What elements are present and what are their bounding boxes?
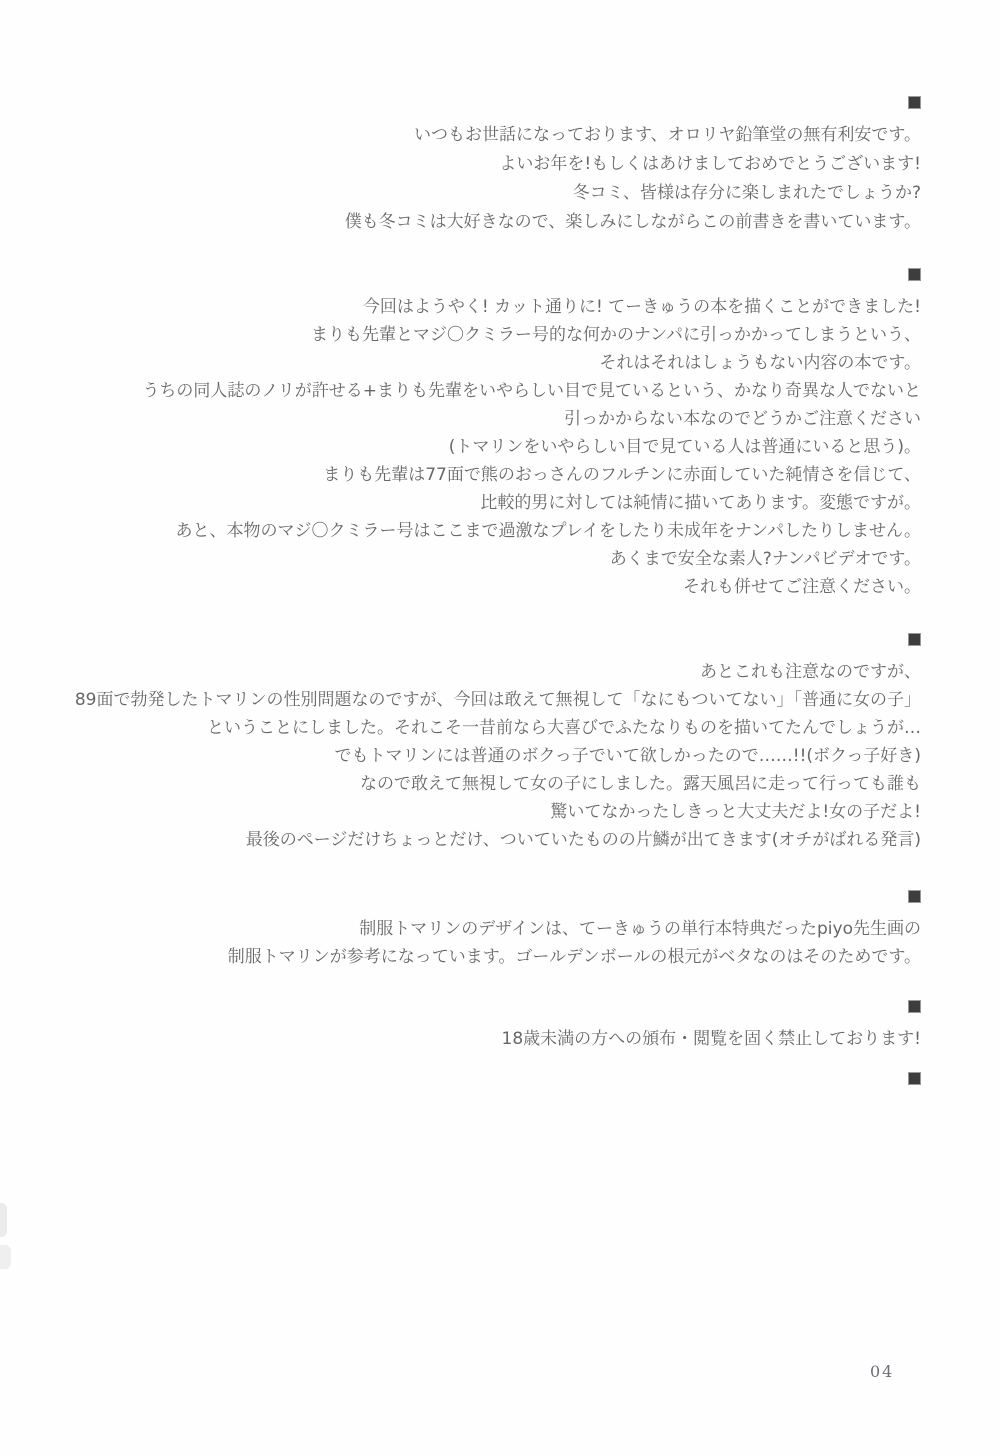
text-line: 今回はようやく! カット通りに! てーきゅうの本を描くことができました! <box>40 293 921 321</box>
paragraph: いつもお世話になっております、オロリヤ鉛筆堂の無有利安です。よいお年を!もしくは… <box>40 121 921 237</box>
text-line: 引っかからない本なのでどうかご注意ください <box>40 405 921 433</box>
text-line: 驚いてなかったしきっと大丈夫だよ!女の子だよ! <box>40 798 921 826</box>
text-line: それはそれはしょうもない内容の本です。 <box>40 349 921 377</box>
text-line: まりも先輩は77面で熊のおっさんのフルチンに赤面していた純情さを信じて、 <box>40 461 921 489</box>
square-bullet-icon <box>908 890 921 903</box>
scan-edge-artifact <box>0 1245 11 1269</box>
text-line: あと、本物のマジ〇クミラー号はここまで過激なプレイをしたり未成年をナンパしたりし… <box>40 517 921 545</box>
text-line: 比較的男に対しては純情に描いてあります。変態ですが。 <box>40 489 921 517</box>
square-bullet-icon <box>908 96 921 109</box>
square-bullet-icon <box>908 633 921 646</box>
paragraph: あとこれも注意なのですが、89面で勃発したトマリンの性別問題なのですが、今回は敢… <box>40 658 921 854</box>
foreword-section-greeting: いつもお世話になっております、オロリヤ鉛筆堂の無有利安です。よいお年を!もしくは… <box>40 96 921 237</box>
text-line: なので敢えて無視して女の子にしました。露天風呂に走って行っても誰も <box>40 770 921 798</box>
text-line: 制服トマリンが参考になっています。ゴールデンボールの根元がベタなのはそのためです… <box>40 943 921 971</box>
foreword-section-design-note: 制服トマリンのデザインは、てーきゅうの単行本特典だったpiyo先生画の制服トマリ… <box>40 890 921 971</box>
scan-edge-artifact <box>0 1203 7 1237</box>
text-line: でもトマリンには普通のボクっ子でいて欲しかったので……!!(ボクっ子好き) <box>40 742 921 770</box>
text-line: あくまで安全な素人?ナンパビデオです。 <box>40 545 921 573</box>
text-line: 冬コミ、皆様は存分に楽しまれたでしょうか? <box>40 179 921 208</box>
foreword-section-gender-note: あとこれも注意なのですが、89面で勃発したトマリンの性別問題なのですが、今回は敢… <box>40 633 921 854</box>
text-line: まりも先輩とマジ〇クミラー号的な何かのナンパに引っかかってしまうという、 <box>40 321 921 349</box>
foreword-section-age-warning: 18歳未満の方への頒布・閲覧を固く禁止しております! <box>40 1000 921 1085</box>
text-line: 89面で勃発したトマリンの性別問題なのですが、今回は敢えて無視して「なにもついて… <box>40 686 921 714</box>
text-line: 18歳未満の方への頒布・閲覧を固く禁止しております! <box>40 1025 921 1053</box>
paragraph: 今回はようやく! カット通りに! てーきゅうの本を描くことができました!まりも先… <box>40 293 921 601</box>
text-line: いつもお世話になっております、オロリヤ鉛筆堂の無有利安です。 <box>40 121 921 150</box>
paragraph: 18歳未満の方への頒布・閲覧を固く禁止しております! <box>40 1025 921 1053</box>
text-line: 制服トマリンのデザインは、てーきゅうの単行本特典だったpiyo先生画の <box>40 915 921 943</box>
text-line: よいお年を!もしくはあけましておめでとうございます! <box>40 150 921 179</box>
page-number: 04 <box>870 1362 894 1381</box>
foreword-section-book-content: 今回はようやく! カット通りに! てーきゅうの本を描くことができました!まりも先… <box>40 268 921 601</box>
text-line: 僕も冬コミは大好きなので、楽しみにしながらこの前書きを書いています。 <box>40 208 921 237</box>
paragraph: 制服トマリンのデザインは、てーきゅうの単行本特典だったpiyo先生画の制服トマリ… <box>40 915 921 971</box>
square-bullet-icon <box>908 268 921 281</box>
square-bullet-icon <box>908 1000 921 1013</box>
text-line: (トマリンをいやらしい目で見ている人は普通にいると思う)。 <box>40 433 921 461</box>
text-line: 最後のページだけちょっとだけ、ついていたものの片鱗が出てきます(オチがばれる発言… <box>40 826 921 854</box>
scanned-page: いつもお世話になっております、オロリヤ鉛筆堂の無有利安です。よいお年を!もしくは… <box>0 0 1000 1456</box>
square-bullet-icon <box>908 1072 921 1085</box>
text-line: あとこれも注意なのですが、 <box>40 658 921 686</box>
text-line: うちの同人誌のノリが許せる+まりも先輩をいやらしい目で見ているという、かなり奇異… <box>40 377 921 405</box>
text-line: ということにしました。それこそ一昔前なら大喜びでふたなりものを描いてたんでしょう… <box>40 714 921 742</box>
text-line: それも併せてご注意ください。 <box>40 573 921 601</box>
